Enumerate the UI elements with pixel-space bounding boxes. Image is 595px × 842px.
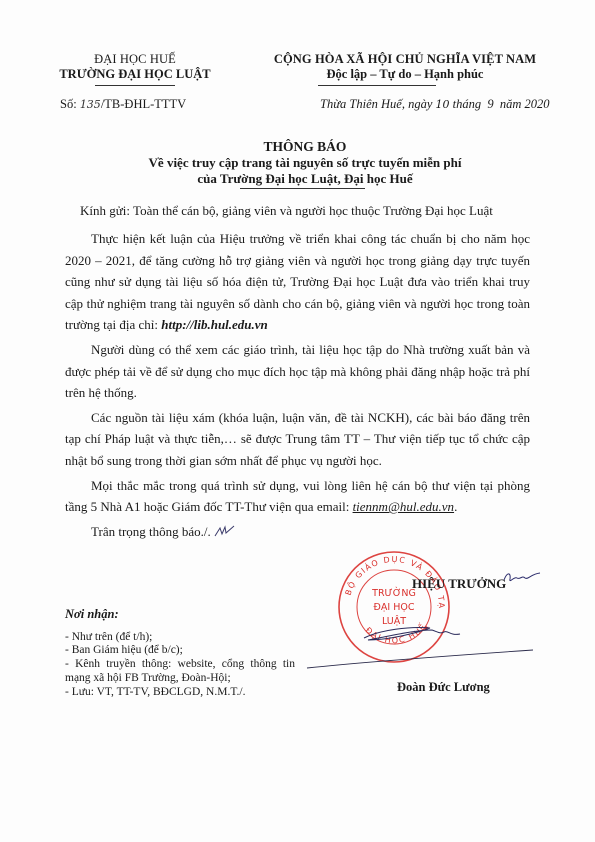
signer-name: Đoàn Đức Lương (397, 680, 490, 695)
national-header: CỘNG HÒA XÃ HỘI CHỦ NGHĨA VIỆT NAM Độc l… (240, 52, 570, 82)
paragraph-1: Thực hiện kết luận của Hiệu trưởng về tr… (65, 228, 530, 336)
paragraph-4-text: Mọi thắc mắc trong quá trình sử dụng, vu… (65, 478, 530, 515)
date-year: 2020 (525, 97, 550, 111)
doc-number-label: Số: (60, 97, 77, 111)
recipients-block: Nơi nhận: - Như trên (để t/h); - Ban Giá… (65, 608, 295, 699)
svg-text:TRƯỜNG: TRƯỜNG (371, 587, 416, 599)
date-day: 10 (436, 98, 450, 111)
paragraph-2: Người dùng có thể xem các giáo trình, tà… (65, 339, 530, 404)
issuer-header: ĐẠI HỌC HUẾ TRƯỜNG ĐẠI HỌC LUẬT (30, 52, 240, 82)
initial-signature-mark-icon (502, 570, 542, 586)
date-year-label: năm (500, 97, 522, 111)
notice-body: Thực hiện kết luận của Hiệu trưởng về tr… (65, 228, 530, 542)
date-month-label: tháng (453, 97, 481, 111)
date-month: 9 (487, 97, 493, 111)
handwritten-signature-icon (360, 622, 470, 644)
institution-name: TRƯỜNG ĐẠI HỌC LUẬT (30, 67, 240, 82)
document-number: Số: 135/TB-ĐHL-TTTV (60, 97, 186, 112)
recipient-item: - Kênh truyền thông: website, cổng thông… (65, 658, 295, 685)
notice-heading: THÔNG BÁO (60, 139, 550, 155)
library-url-link[interactable]: http://lib.hul.edu.vn (161, 317, 268, 332)
notice-title-block: THÔNG BÁO Về việc truy cập trang tài ngu… (60, 139, 550, 187)
recipient-item: - Lưu: VT, TT-TV, BĐCLGD, N.M.T./. (65, 686, 295, 700)
recipients-heading: Nơi nhận: (65, 608, 295, 622)
initials-mark-icon (214, 524, 236, 538)
signer-title: HIỆU TRƯỞNG (412, 576, 506, 592)
salutation: Kính gửi: Toàn thể cán bộ, giảng viên và… (80, 203, 493, 219)
parent-institution: ĐẠI HỌC HUẾ (30, 52, 240, 67)
doc-number-value: 135 (80, 98, 101, 111)
motto-underline (318, 85, 436, 86)
signature-flourish-line (305, 648, 535, 670)
closing-line: Trân trọng thông báo./. (65, 521, 530, 543)
date-prefix: Thừa Thiên Huế, ngày (320, 97, 432, 111)
doc-number-suffix: /TB-ĐHL-TTTV (101, 97, 186, 111)
issue-date: Thừa Thiên Huế, ngày 10 tháng 9 năm 2020 (320, 97, 550, 112)
notice-subject-line-2: của Trường Đại học Luật, Đại học Huế (60, 171, 550, 187)
closing-text: Trân trọng thông báo./. (91, 524, 211, 539)
notice-subject-line-1: Về việc truy cập trang tài nguyên số trự… (60, 155, 550, 171)
paragraph-3: Các nguồn tài liệu xám (khóa luận, luận … (65, 407, 530, 472)
contact-email-link[interactable]: tiennm@hul.edu.vn (353, 499, 455, 514)
paragraph-4-end: . (454, 499, 457, 514)
paragraph-1-text: Thực hiện kết luận của Hiệu trưởng về tr… (65, 231, 530, 332)
recipient-item: - Ban Giám hiệu (để b/c); (65, 644, 295, 658)
national-motto: Độc lập – Tự do – Hạnh phúc (240, 67, 570, 82)
paragraph-4: Mọi thắc mắc trong quá trình sử dụng, vu… (65, 475, 530, 518)
recipient-item: - Như trên (để t/h); (65, 631, 295, 645)
svg-text:ĐẠI HỌC: ĐẠI HỌC (374, 602, 415, 613)
header-left-underline (95, 85, 175, 86)
title-underline (240, 188, 365, 189)
national-title: CỘNG HÒA XÃ HỘI CHỦ NGHĨA VIỆT NAM (240, 52, 570, 67)
